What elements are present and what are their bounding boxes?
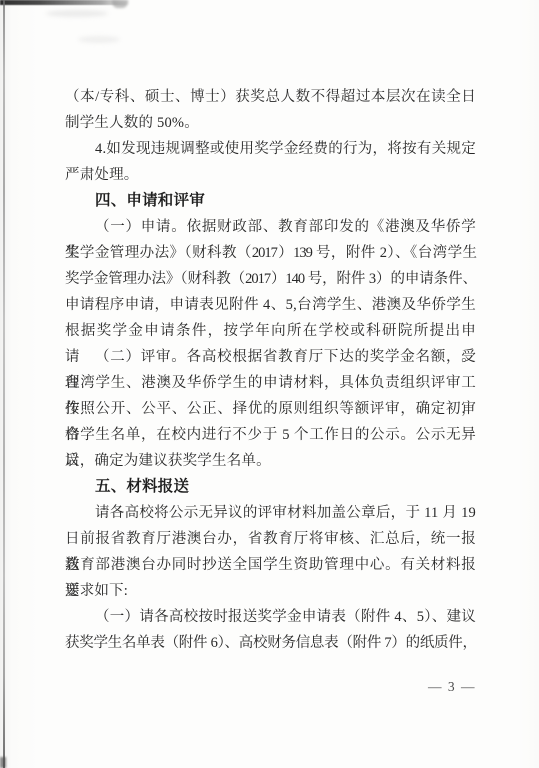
doc-line: （二）评审。各高校根据省教育厅下达的奖学金名额，受理	[65, 344, 476, 370]
heading-section-4: 四、申请和评审	[65, 188, 476, 214]
doc-line: 奖学金管理办法》（财科教（2017）140 号，附件 3）的申请条件、	[65, 266, 476, 292]
doc-line: （一）申请。依据财政部、教育部印发的《港澳及华侨学生	[65, 214, 476, 240]
scan-edge-line	[3, 0, 5, 768]
doc-line: 要求如下:	[65, 578, 476, 604]
doc-line: 格学生名单，在校内进行不少于 5 个工作日的公示。公示无异议	[65, 422, 476, 448]
doc-line: 日前报省教育厅港澳台办，省教育厅将审核、汇总后，统一报送	[65, 526, 476, 552]
doc-line: 申请程序申请，申请表见附件 4、5,台湾学生、港澳及华侨学生	[65, 292, 476, 318]
doc-line: 台湾学生、港澳及华侨学生的申请材料，具体负责组织评审工作，	[65, 370, 476, 396]
scan-smudge-bottom-icon	[0, 757, 6, 768]
scan-smudge-blob-icon	[112, 0, 128, 8]
doc-line: 根据奖学金申请条件，按学年向所在学校或科研院所提出申请。	[65, 318, 476, 344]
doc-line: 严肃处理。	[65, 162, 476, 188]
scan-smudge-faint-icon	[46, 10, 108, 17]
document-page: （本/专科、硕士、博士）获奖总人数不得超过本层次在读全日 制学生人数的 50%。…	[0, 0, 539, 768]
page-number: — 3 —	[65, 676, 476, 698]
doc-line: 请各高校将公示无异议的评审材料加盖公章后，于 11 月 19	[65, 500, 476, 526]
doc-line: 按照公开、公平、公正、择优的原则组织等额评审，确定初审合	[65, 396, 476, 422]
heading-section-5: 五、材料报送	[65, 474, 476, 500]
doc-line: 制学生人数的 50%。	[65, 110, 476, 136]
doc-line: 奖学金管理办法》（财科教（2017）139 号，附件 2）、《台湾学生	[65, 240, 476, 266]
doc-line: （一）请各高校按时报送奖学金申请表（附件 4、5）、建议	[65, 604, 476, 630]
doc-line: 教育部港澳台办同时抄送全国学生资助管理中心。有关材料报送	[65, 552, 476, 578]
doc-line: （本/专科、硕士、博士）获奖总人数不得超过本层次在读全日	[65, 84, 476, 110]
doc-line: 获奖学生名单表（附件 6）、高校财务信息表（附件 7）的纸质件，	[65, 630, 476, 656]
scan-smudge-top-icon	[0, 0, 130, 5]
document-body: （本/专科、硕士、博士）获奖总人数不得超过本层次在读全日 制学生人数的 50%。…	[65, 84, 476, 656]
doc-line: 4.如发现违规调整或使用奖学金经费的行为，将按有关规定	[65, 136, 476, 162]
doc-line: 后，确定为建议获奖学生名单。	[65, 448, 476, 474]
scan-smudge-faint-icon	[78, 36, 120, 43]
